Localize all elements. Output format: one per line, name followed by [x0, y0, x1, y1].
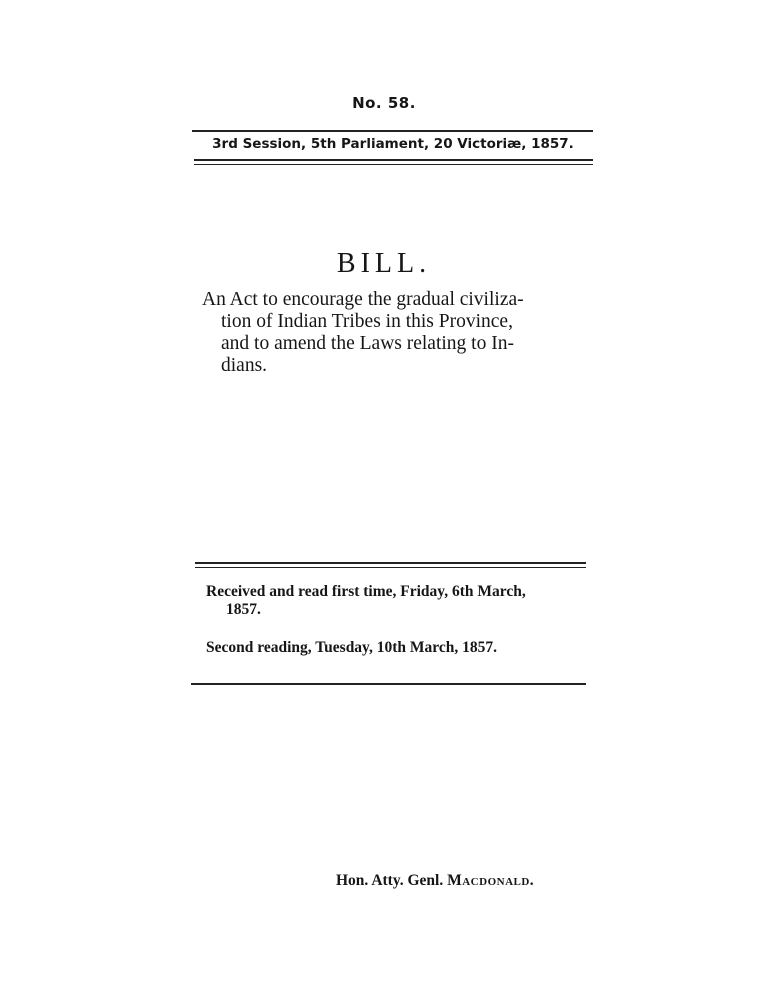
- bottom-rule: [191, 683, 586, 685]
- first-reading: Received and read first time, Friday, 6t…: [206, 583, 596, 619]
- sponsor: Hon. Atty. Genl. Macdonald.: [336, 872, 534, 890]
- act-line: and to amend the Laws relating to In-: [202, 333, 597, 355]
- act-description: An Act to encourage the gradual civiliza…: [202, 289, 597, 377]
- session-line: 3rd Session, 5th Parliament, 20 Victoriæ…: [193, 136, 593, 152]
- top-rule-2: [194, 159, 593, 161]
- top-rule-3: [194, 164, 593, 165]
- first-reading-line: Received and read first time, Friday, 6t…: [206, 583, 596, 601]
- act-line: An Act to encourage the gradual civiliza…: [202, 289, 597, 311]
- first-reading-line: 1857.: [206, 601, 596, 619]
- bill-number: No. 58.: [0, 94, 768, 112]
- act-line: tion of Indian Tribes in this Province,: [202, 311, 597, 333]
- sponsor-name: Macdonald.: [447, 872, 534, 889]
- middle-rule-2: [195, 567, 586, 568]
- top-rule-1: [192, 130, 593, 132]
- act-line: dians.: [202, 355, 597, 377]
- second-reading: Second reading, Tuesday, 10th March, 185…: [206, 639, 596, 657]
- middle-rule-1: [195, 562, 586, 564]
- sponsor-title: Hon. Atty. Genl.: [336, 872, 443, 889]
- bill-title: BILL.: [0, 248, 768, 280]
